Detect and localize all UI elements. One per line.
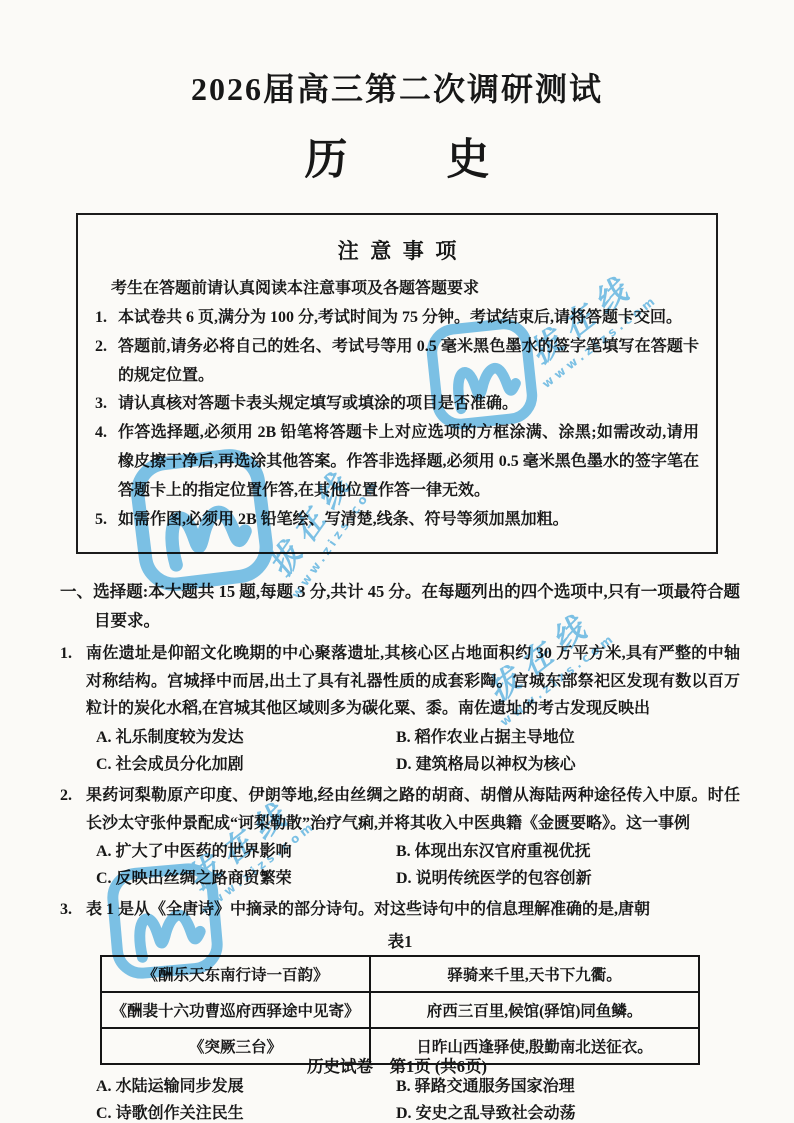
option-text: 说明传统医学的包容创新 <box>416 870 592 887</box>
poem-title-cell: 《酬乐天东南行诗一百韵》 <box>101 956 370 992</box>
table-row: 《酬乐天东南行诗一百韵》 驿骑来千里,天书下九衢。 <box>101 956 699 992</box>
option-text: 稻作农业占据主导地位 <box>415 729 575 746</box>
notice-item-2: 2. 答题前,请务必将自己的姓名、考试号等用 0.5 毫米黑色墨水的签字笔填写在… <box>95 333 699 391</box>
question-stem: 3. 表 1 是从《全唐诗》中摘录的部分诗句。对这些诗句中的信息理解准确的是,唐… <box>60 896 740 924</box>
option-text: 建筑格局以神权为核心 <box>416 756 576 773</box>
option-a: A.扩大了中医药的世界影响 <box>96 838 396 865</box>
option-text: 礼乐制度较为发达 <box>116 729 244 746</box>
option-text: 诗歌创作关注民生 <box>116 1105 244 1122</box>
poem-line-cell: 驿骑来千里,天书下九衢。 <box>370 956 699 992</box>
option-d: D.安史之乱导致社会动荡 <box>396 1100 740 1123</box>
option-label: A. <box>96 843 112 860</box>
notice-item-text: 答题前,请务必将自己的姓名、考试号等用 0.5 毫米黑色墨水的签字笔填写在答题卡… <box>118 333 699 391</box>
question-number: 3. <box>60 896 86 924</box>
notice-item-5: 5. 如需作图,必须用 2B 铅笔绘、写清楚,线条、符号等须加黑加粗。 <box>95 506 699 535</box>
option-label: C. <box>96 756 112 773</box>
notice-item-number: 1. <box>95 304 118 333</box>
table-row: 《酬裴十六功曹巡府西驿途中见寄》 府西三百里,候馆(驿馆)同鱼鳞。 <box>101 992 699 1028</box>
notice-title: 注意事项 <box>95 235 699 265</box>
notice-item-1: 1. 本试卷共 6 页,满分为 100 分,考试时间为 75 分钟。考试结束后,… <box>95 304 699 333</box>
option-label: A. <box>96 1078 112 1095</box>
option-label: C. <box>96 870 112 887</box>
question-3: 3. 表 1 是从《全唐诗》中摘录的部分诗句。对这些诗句中的信息理解准确的是,唐… <box>60 896 740 1123</box>
option-c: C.社会成员分化加剧 <box>96 751 396 778</box>
table-caption: 表1 <box>60 928 740 952</box>
notice-item-3: 3. 请认真核对答题卡表头规定填写或填涂的项目是否准确。 <box>95 390 699 419</box>
question-stem: 2. 果药诃梨勒原产印度、伊朗等地,经由丝绸之路的胡商、胡僧从海陆两种途径传入中… <box>60 782 740 837</box>
notice-item-text: 如需作图,必须用 2B 铅笔绘、写清楚,线条、符号等须加黑加粗。 <box>118 506 699 535</box>
exam-title: 2026届高三第二次调研测试 <box>0 64 794 110</box>
question-text: 南佐遗址是仰韶文化晚期的中心聚落遗址,其核心区占地面积约 30 万平方米,具有严… <box>86 640 740 723</box>
section-header: 一、选择题:本大题共 15 题,每题 3 分,共计 45 分。在每题列出的四个选… <box>60 578 740 636</box>
notice-intro: 考生在答题前请认真阅读本注意事项及各题答题要求 <box>95 275 699 298</box>
option-text: 反映出丝绸之路商贸繁荣 <box>116 870 292 887</box>
notice-box: 注意事项 考生在答题前请认真阅读本注意事项及各题答题要求 1. 本试卷共 6 页… <box>76 213 718 554</box>
notice-item-number: 5. <box>95 506 118 535</box>
question-options: A.扩大了中医药的世界影响 B.体现出东汉官府重视优抚 C.反映出丝绸之路商贸繁… <box>60 838 740 892</box>
option-c: C.诗歌创作关注民生 <box>96 1100 396 1123</box>
notice-item-number: 2. <box>95 333 118 391</box>
notice-item-number: 4. <box>95 419 118 505</box>
option-d: D.说明传统医学的包容创新 <box>396 865 740 892</box>
option-b: B.稻作农业占据主导地位 <box>396 724 740 751</box>
option-text: 扩大了中医药的世界影响 <box>116 843 292 860</box>
notice-item-number: 3. <box>95 390 118 419</box>
option-d: D.建筑格局以神权为核心 <box>396 751 740 778</box>
question-options: A.水陆运输同步发展 B.驿路交通服务国家治理 C.诗歌创作关注民生 D.安史之… <box>60 1073 740 1123</box>
question-text: 表 1 是从《全唐诗》中摘录的部分诗句。对这些诗句中的信息理解准确的是,唐朝 <box>86 896 740 924</box>
poem-title-cell: 《酬裴十六功曹巡府西驿途中见寄》 <box>101 992 370 1028</box>
option-label: B. <box>396 729 411 746</box>
option-text: 水陆运输同步发展 <box>116 1078 244 1095</box>
page-content: 2026届高三第二次调研测试 历史 注意事项 考生在答题前请认真阅读本注意事项及… <box>0 64 794 1123</box>
option-text: 社会成员分化加剧 <box>116 756 244 773</box>
poem-line-cell: 府西三百里,候馆(驿馆)同鱼鳞。 <box>370 992 699 1028</box>
option-c: C.反映出丝绸之路商贸繁荣 <box>96 865 396 892</box>
question-options: A.礼乐制度较为发达 B.稻作农业占据主导地位 C.社会成员分化加剧 D.建筑格… <box>60 724 740 778</box>
question-2: 2. 果药诃梨勒原产印度、伊朗等地,经由丝绸之路的胡商、胡僧从海陆两种途径传入中… <box>60 782 740 892</box>
question-number: 1. <box>60 640 86 723</box>
option-label: D. <box>396 756 412 773</box>
question-text: 果药诃梨勒原产印度、伊朗等地,经由丝绸之路的胡商、胡僧从海陆两种途径传入中原。时… <box>86 782 740 837</box>
option-label: D. <box>396 870 412 887</box>
option-b: B.体现出东汉官府重视优抚 <box>396 838 740 865</box>
option-text: 驿路交通服务国家治理 <box>415 1078 575 1095</box>
poem-table: 《酬乐天东南行诗一百韵》 驿骑来千里,天书下九衢。 《酬裴十六功曹巡府西驿途中见… <box>100 955 700 1065</box>
page-footer: 历史试卷 第1页 (共6页) <box>0 1053 794 1077</box>
option-label: B. <box>396 1078 411 1095</box>
option-label: C. <box>96 1105 112 1122</box>
exam-page: 2026届高三第二次调研测试 历史 注意事项 考生在答题前请认真阅读本注意事项及… <box>0 0 794 1123</box>
subject-title: 历史 <box>0 126 794 187</box>
notice-item-text: 请认真核对答题卡表头规定填写或填涂的项目是否准确。 <box>118 390 699 419</box>
question-1: 1. 南佐遗址是仰韶文化晚期的中心聚落遗址,其核心区占地面积约 30 万平方米,… <box>60 640 740 778</box>
question-stem: 1. 南佐遗址是仰韶文化晚期的中心聚落遗址,其核心区占地面积约 30 万平方米,… <box>60 640 740 723</box>
option-label: D. <box>396 1105 412 1122</box>
notice-item-text: 作答选择题,必须用 2B 铅笔将答题卡上对应选项的方框涂满、涂黑;如需改动,请用… <box>118 419 699 505</box>
option-text: 体现出东汉官府重视优抚 <box>415 843 591 860</box>
option-a: A.礼乐制度较为发达 <box>96 724 396 751</box>
option-label: A. <box>96 729 112 746</box>
notice-item-4: 4. 作答选择题,必须用 2B 铅笔将答题卡上对应选项的方框涂满、涂黑;如需改动… <box>95 419 699 505</box>
option-text: 安史之乱导致社会动荡 <box>416 1105 576 1122</box>
notice-item-text: 本试卷共 6 页,满分为 100 分,考试时间为 75 分钟。考试结束后,请将答… <box>118 304 699 333</box>
option-label: B. <box>396 843 411 860</box>
question-number: 2. <box>60 782 86 837</box>
